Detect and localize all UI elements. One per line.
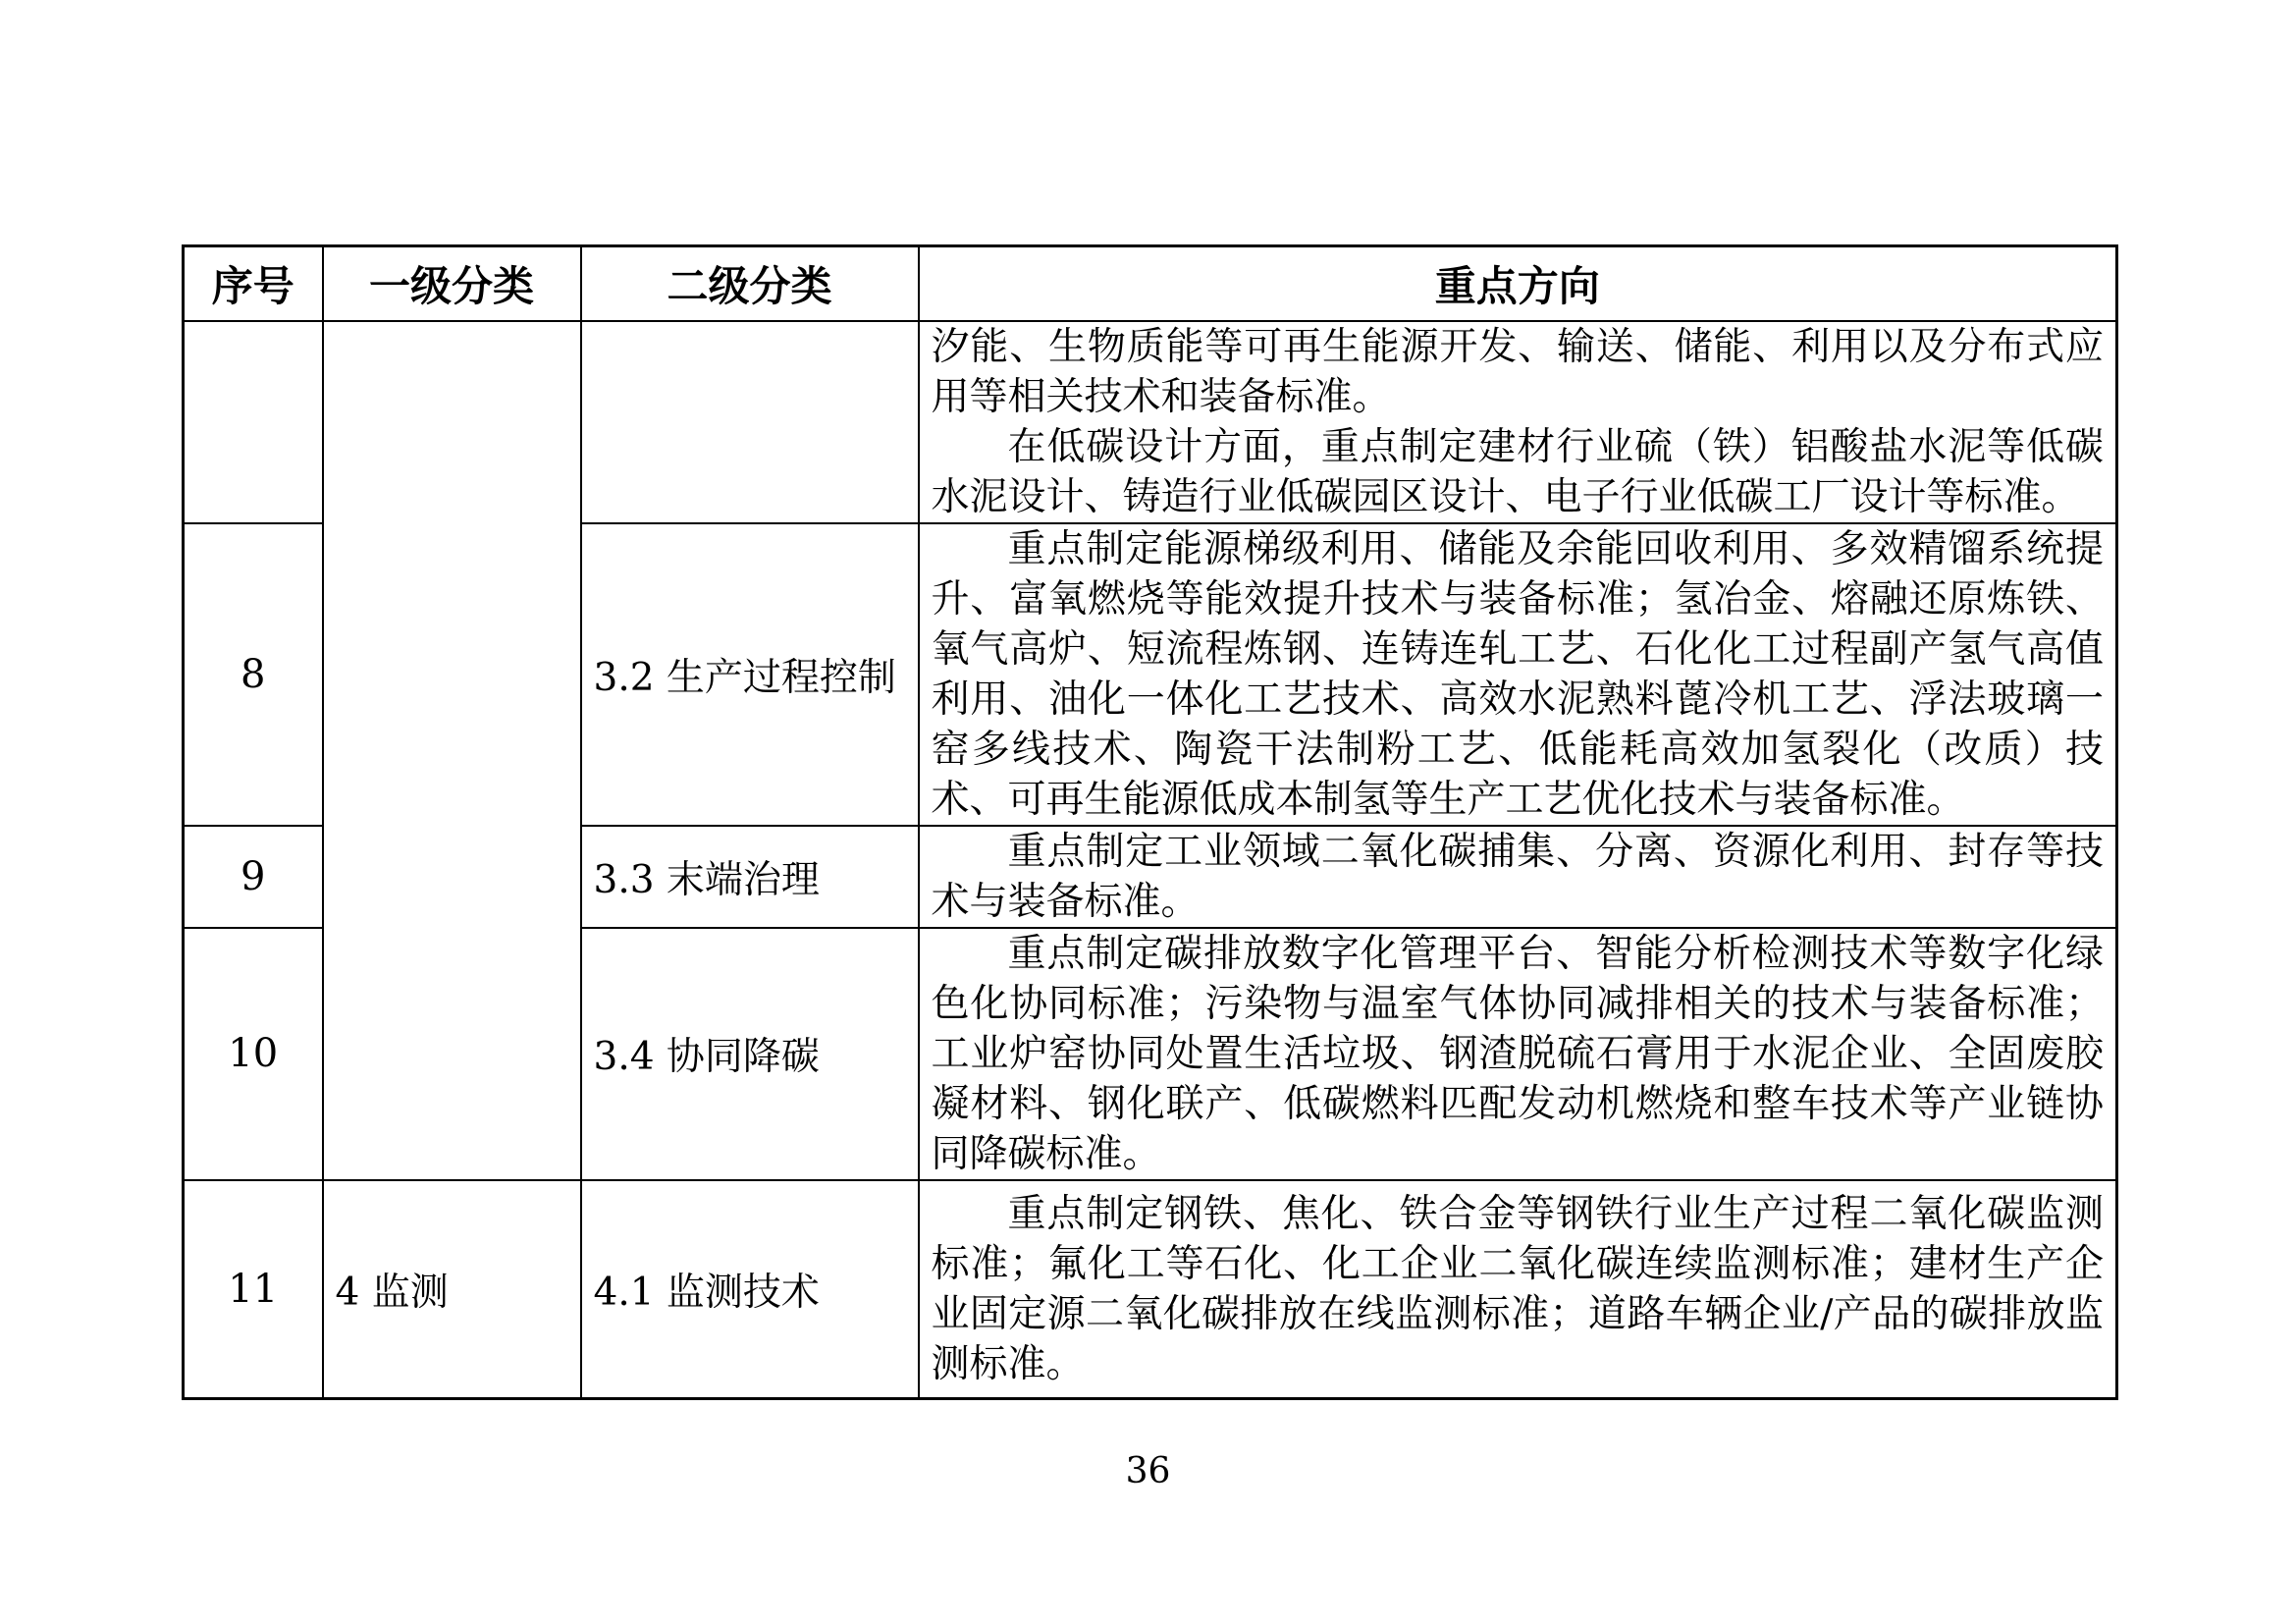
focus-paragraph: 在低碳设计方面，重点制定建材行业硫（铁）铝酸盐水泥等低碳水泥设计、铸造行业低碳园… <box>932 422 2105 522</box>
cell-focus-continuation: 汐能、生物质能等可再生能源开发、输送、储能、利用以及分布式应用等相关技术和装备标… <box>919 321 2117 523</box>
cell-serial-10: 10 <box>184 928 323 1180</box>
header-level1: 一级分类 <box>323 246 581 321</box>
table-row-continuation: 汐能、生物质能等可再生能源开发、输送、储能、利用以及分布式应用等相关技术和装备标… <box>184 321 2117 523</box>
header-level2: 二级分类 <box>581 246 919 321</box>
cell-focus-10: 重点制定碳排放数字化管理平台、智能分析检测技术等数字化绿色化协同标准；污染物与温… <box>919 928 2117 1180</box>
cell-level2-10: 3.4 协同降碳 <box>581 928 919 1180</box>
cell-serial-9: 9 <box>184 826 323 928</box>
cell-focus-8: 重点制定能源梯级利用、储能及余能回收利用、多效精馏系统提升、富氧燃烧等能效提升技… <box>919 523 2117 826</box>
focus-paragraph: 汐能、生物质能等可再生能源开发、输送、储能、利用以及分布式应用等相关技术和装备标… <box>932 322 2105 422</box>
cell-level1-merged <box>323 321 581 1180</box>
focus-paragraph: 重点制定碳排放数字化管理平台、智能分析检测技术等数字化绿色化协同标准；污染物与温… <box>932 929 2105 1179</box>
cell-level2-8: 3.2 生产过程控制 <box>581 523 919 826</box>
classification-table: 序号 一级分类 二级分类 重点方向 汐能、生物质能等可再生能源开发、输送、储能、… <box>182 244 2118 1400</box>
header-focus: 重点方向 <box>919 246 2117 321</box>
page-number: 36 <box>0 1451 2296 1491</box>
cell-focus-9: 重点制定工业领域二氧化碳捕集、分离、资源化利用、封存等技术与装备标准。 <box>919 826 2117 928</box>
cell-level2-continuation <box>581 321 919 523</box>
cell-focus-11: 重点制定钢铁、焦化、铁合金等钢铁行业生产过程二氧化碳监测标准；氟化工等石化、化工… <box>919 1180 2117 1399</box>
focus-paragraph: 重点制定钢铁、焦化、铁合金等钢铁行业生产过程二氧化碳监测标准；氟化工等石化、化工… <box>932 1189 2105 1389</box>
focus-paragraph: 重点制定工业领域二氧化碳捕集、分离、资源化利用、封存等技术与装备标准。 <box>932 827 2105 927</box>
focus-paragraph: 重点制定能源梯级利用、储能及余能回收利用、多效精馏系统提升、富氧燃烧等能效提升技… <box>932 524 2105 825</box>
document-page: 序号 一级分类 二级分类 重点方向 汐能、生物质能等可再生能源开发、输送、储能、… <box>0 0 2296 1624</box>
cell-serial-11: 11 <box>184 1180 323 1399</box>
cell-level2-11: 4.1 监测技术 <box>581 1180 919 1399</box>
cell-level1-11: 4 监测 <box>323 1180 581 1399</box>
cell-serial-8: 8 <box>184 523 323 826</box>
cell-level2-9: 3.3 末端治理 <box>581 826 919 928</box>
cell-serial-continuation <box>184 321 323 523</box>
table-row-11: 11 4 监测 4.1 监测技术 重点制定钢铁、焦化、铁合金等钢铁行业生产过程二… <box>184 1180 2117 1399</box>
table-header-row: 序号 一级分类 二级分类 重点方向 <box>184 246 2117 321</box>
header-serial: 序号 <box>184 246 323 321</box>
